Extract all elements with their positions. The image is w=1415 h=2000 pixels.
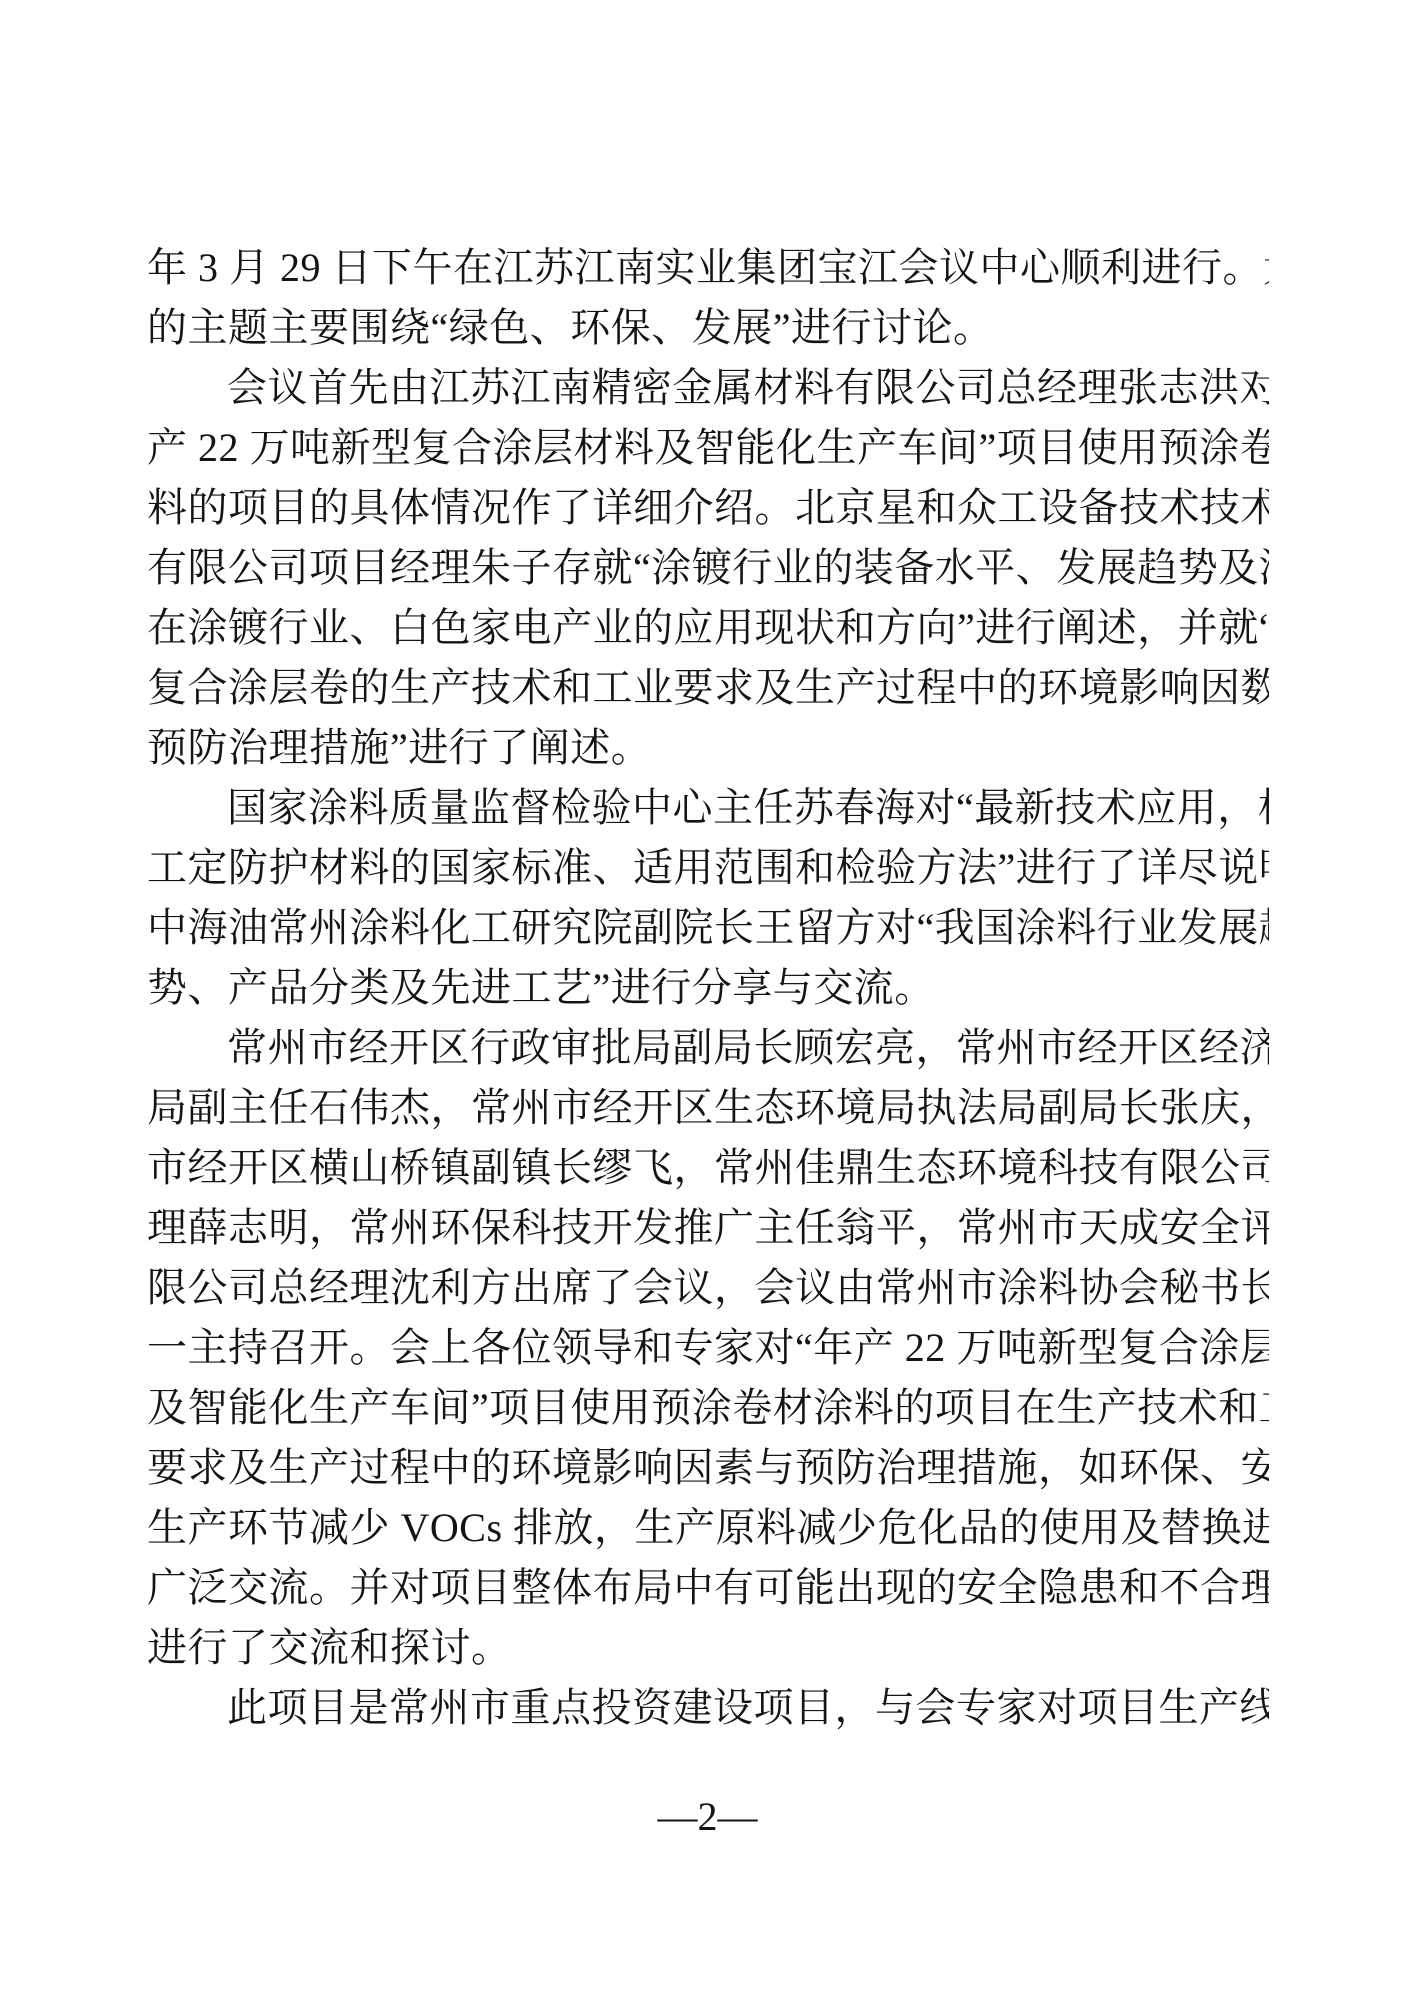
text-line: 一主持召开。会上各位领导和专家对“年产 22 万吨新型复合涂层材料 xyxy=(147,1318,1269,1378)
text-line: 此项目是常州市重点投资建设项目，与会专家对项目生产线配备 xyxy=(147,1678,1269,1738)
document-body: 年 3 月 29 日下午在江苏江南实业集团宝江会议中心顺利进行。大会 的主题主要… xyxy=(147,238,1269,1738)
text-line: 产 22 万吨新型复合涂层材料及智能化生产车间”项目使用预涂卷材涂 xyxy=(147,418,1269,478)
text-line: 料的项目的具体情况作了详细介绍。北京星和众工设备技术技术股份 xyxy=(147,478,1269,538)
text-line: 有限公司项目经理朱子存就“涂镀行业的装备水平、发展趋势及涂料 xyxy=(147,538,1269,598)
text-line: 年 3 月 29 日下午在江苏江南实业集团宝江会议中心顺利进行。大会 xyxy=(147,238,1269,298)
text-line: 常州市经开区行政审批局副局长顾宏亮，常州市经开区经济发展 xyxy=(147,1018,1269,1078)
text-line: 势、产品分类及先进工艺”进行分享与交流。 xyxy=(147,958,1269,1018)
text-line: 中海油常州涂料化工研究院副院长王留方对“我国涂料行业发展趋 xyxy=(147,898,1269,958)
text-line: 理薛志明，常州环保科技开发推广主任翁平，常州市天成安全评价有 xyxy=(147,1198,1269,1258)
text-line: 的主题主要围绕“绿色、环保、发展”进行讨论。 xyxy=(147,298,1269,358)
text-line: 预防治理措施”进行了阐述。 xyxy=(147,718,1269,778)
text-line: 市经开区横山桥镇副镇长缪飞，常州佳鼎生态环境科技有限公司总经 xyxy=(147,1138,1269,1198)
text-line: 广泛交流。并对项目整体布局中有可能出现的安全隐患和不合理点都 xyxy=(147,1558,1269,1618)
text-line: 工定防护材料的国家标准、适用范围和检验方法”进行了详尽说明。 xyxy=(147,838,1269,898)
document-page: 年 3 月 29 日下午在江苏江南实业集团宝江会议中心顺利进行。大会 的主题主要… xyxy=(0,0,1415,2000)
text-line: 及智能化生产车间”项目使用预涂卷材涂料的项目在生产技术和工艺 xyxy=(147,1378,1269,1438)
text-line: 国家涂料质量监督检验中心主任苏春海对“最新技术应用，相关 xyxy=(147,778,1269,838)
text-line: 在涂镀行业、白色家电产业的应用现状和方向”进行阐述，并就“新型 xyxy=(147,598,1269,658)
text-line: 生产环节减少 VOCs 排放，生产原料减少危化品的使用及替换进行了 xyxy=(147,1498,1269,1558)
text-line: 局副主任石伟杰，常州市经开区生态环境局执法局副局长张庆，常州 xyxy=(147,1078,1269,1138)
text-line: 进行了交流和探讨。 xyxy=(147,1618,1269,1678)
text-line: 会议首先由江苏江南精密金属材料有限公司总经理张志洪对“年 xyxy=(147,358,1269,418)
page-number: —2— xyxy=(0,1793,1415,1841)
text-line: 要求及生产过程中的环境影响因素与预防治理措施，如环保、安全， xyxy=(147,1438,1269,1498)
text-line: 复合涂层卷的生产技术和工业要求及生产过程中的环境影响因数与 xyxy=(147,658,1269,718)
text-line: 限公司总经理沈利方出席了会议，会议由常州市涂料协会秘书长李心 xyxy=(147,1258,1269,1318)
